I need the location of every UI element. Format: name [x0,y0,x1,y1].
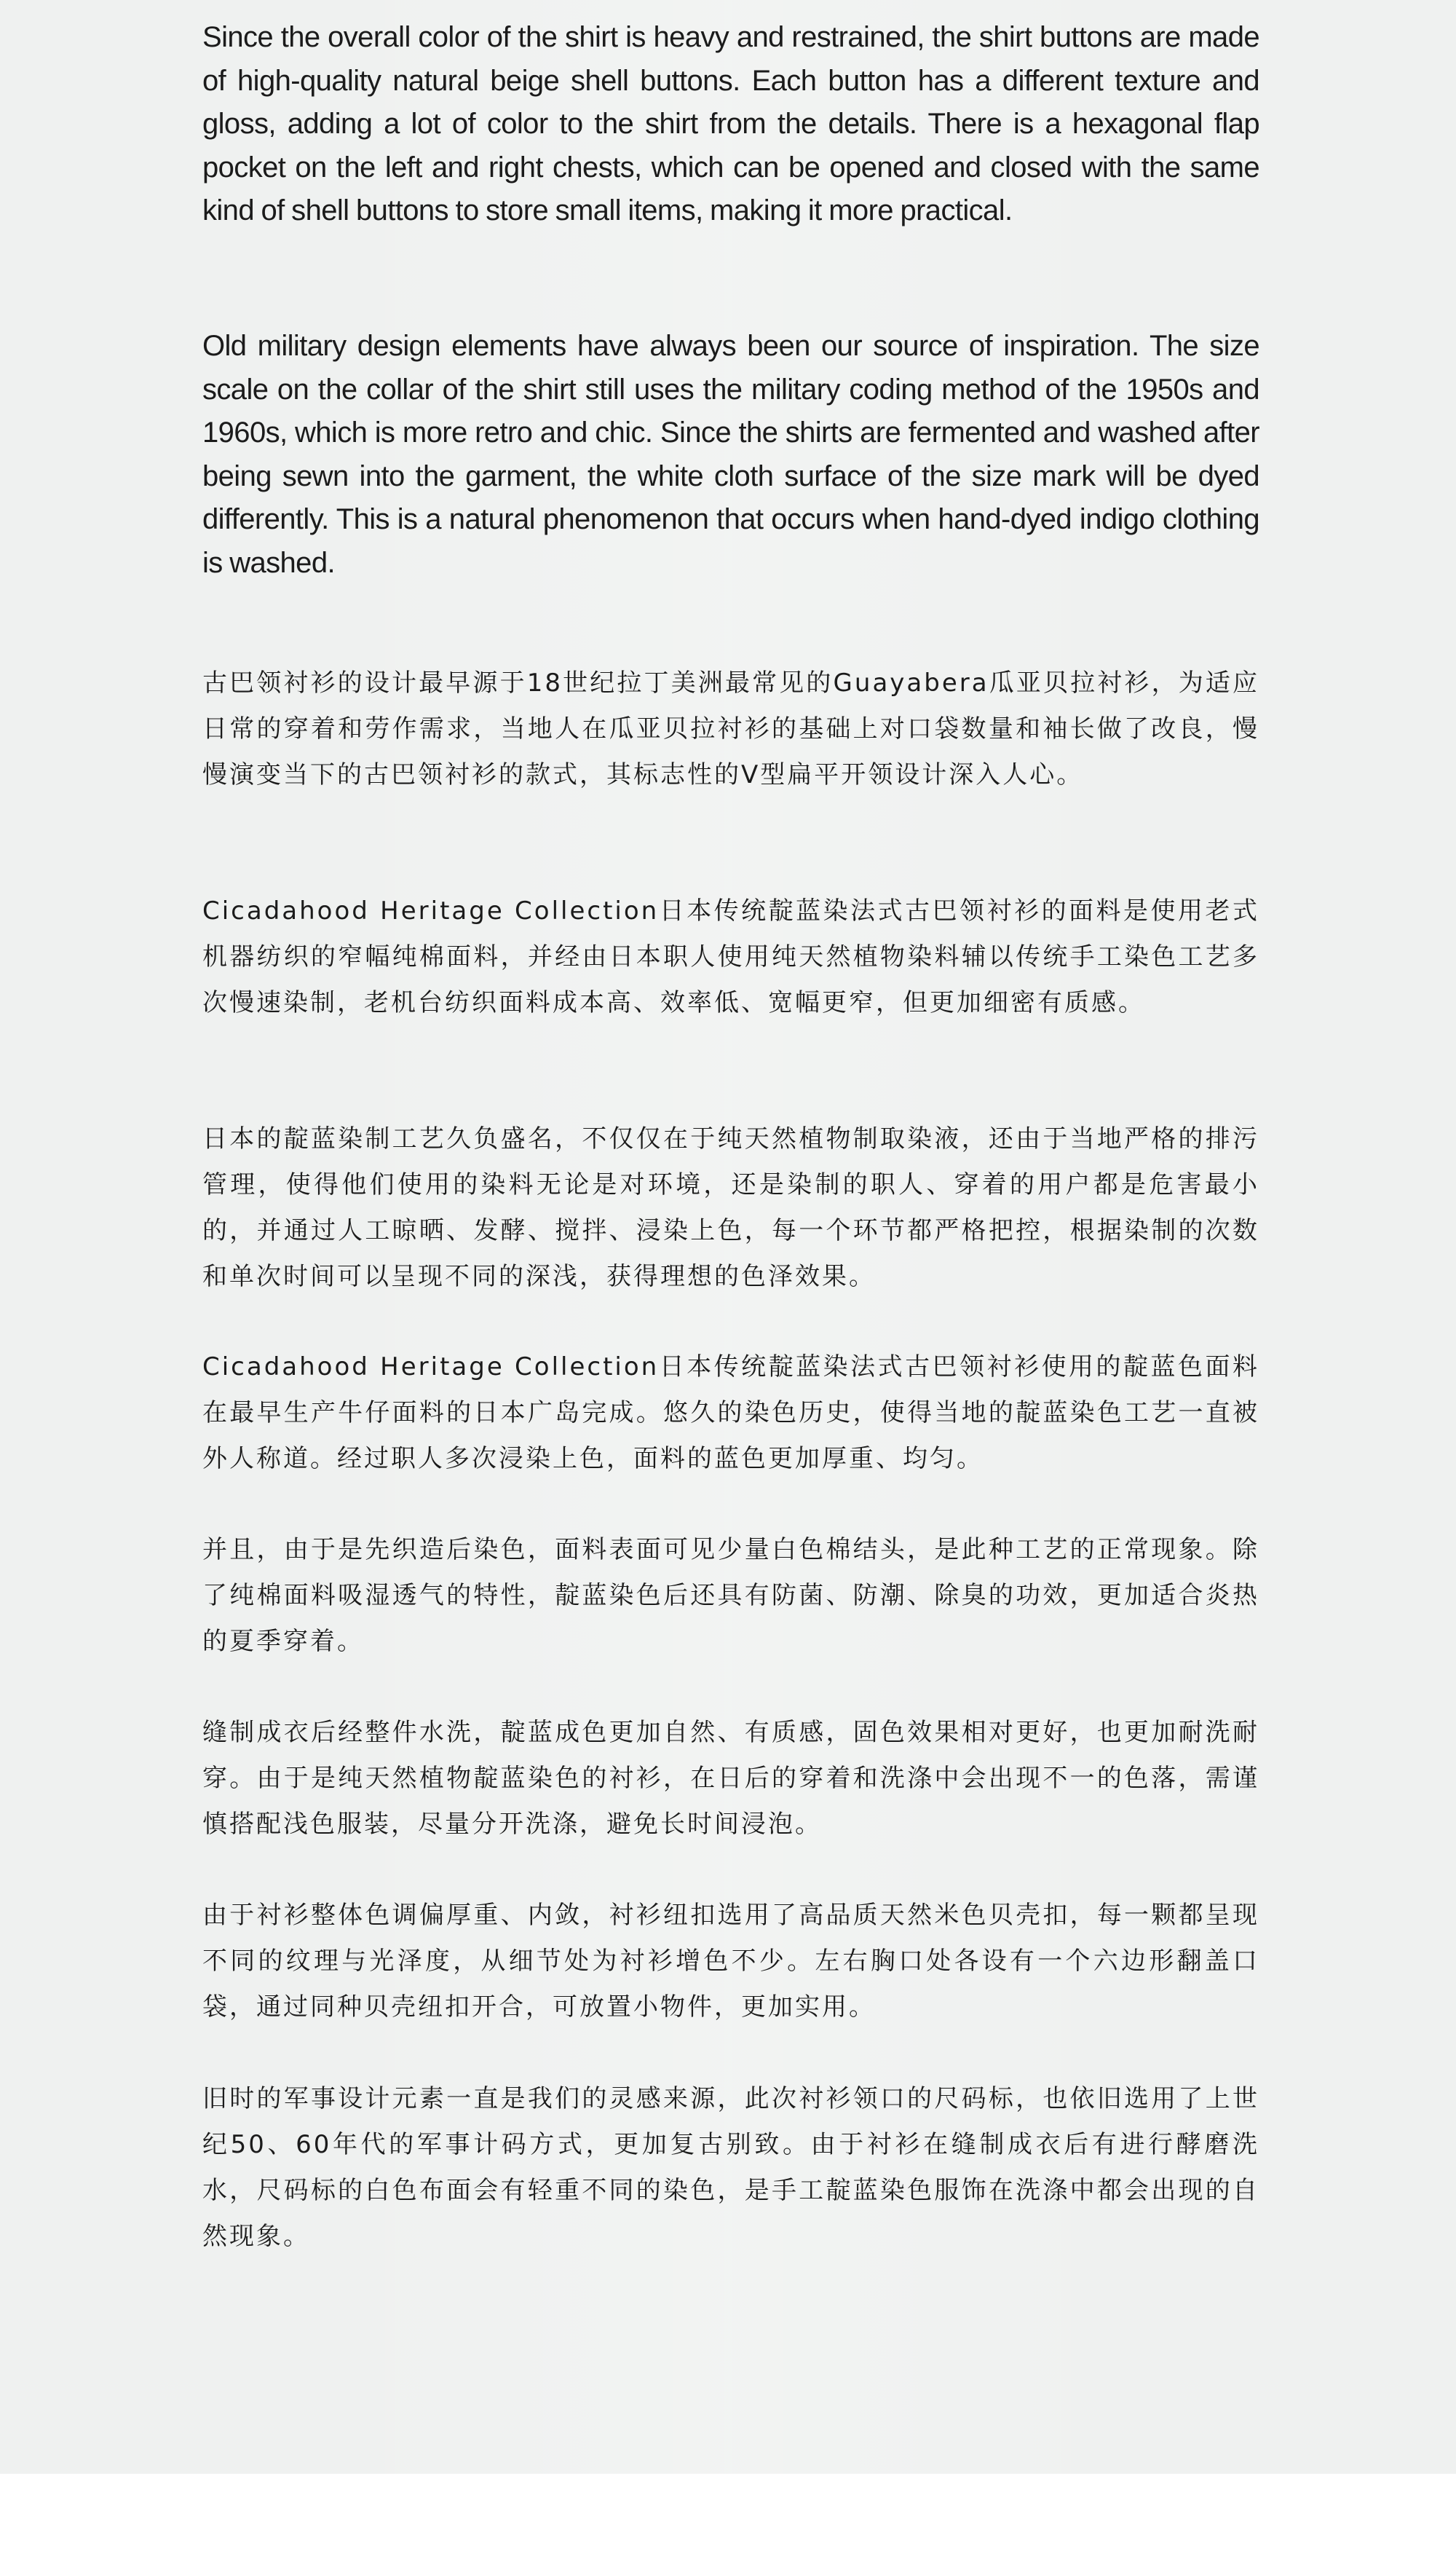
english-section: Since the overall color of the shirt is … [202,16,1259,233]
chinese-paragraph-washing: 缝制成衣后经整件水洗，靛蓝成色更加自然、有质感，固色效果相对更好，也更加耐洗耐穿… [202,1710,1259,1848]
chinese-paragraph-fabric: Cicadahood Heritage Collection日本传统靛蓝染法式古… [202,888,1259,1026]
chinese-paragraph-hiroshima: Cicadahood Heritage Collection日本传统靛蓝染法式古… [202,1344,1259,1482]
chinese-section: 古巴领衬衫的设计最早源于18世纪拉丁美洲最常见的Guayabera瓜亚贝拉衬衫，… [202,660,1259,798]
chinese-section-6: 缝制成衣后经整件水洗，靛蓝成色更加自然、有质感，固色效果相对更好，也更加耐洗耐穿… [202,1710,1259,1848]
chinese-section-4: Cicadahood Heritage Collection日本传统靛蓝染法式古… [202,1344,1259,1482]
chinese-paragraph-properties: 并且，由于是先织造后染色，面料表面可见少量白色棉结头，是此种工艺的正常现象。除了… [202,1527,1259,1665]
content-panel: Since the overall color of the shirt is … [0,0,1456,2474]
english-section-2: Old military design elements have always… [202,325,1259,585]
chinese-section-7: 由于衬衫整体色调偏厚重、内敛，衬衫纽扣选用了高品质天然米色贝壳扣，每一颗都呈现不… [202,1893,1259,2030]
english-paragraph-military-design: Old military design elements have always… [202,325,1259,585]
chinese-paragraph-origin: 古巴领衬衫的设计最早源于18世纪拉丁美洲最常见的Guayabera瓜亚贝拉衬衫，… [202,660,1259,798]
chinese-section-5: 并且，由于是先织造后染色，面料表面可见少量白色棉结头，是此种工艺的正常现象。除了… [202,1527,1259,1665]
chinese-paragraph-dye-craft: 日本的靛蓝染制工艺久负盛名，不仅仅在于纯天然植物制取染液，还由于当地严格的排污管… [202,1116,1259,1300]
chinese-section-8: 旧时的军事设计元素一直是我们的灵感来源，此次衬衫领口的尺码标，也依旧选用了上世纪… [202,2076,1259,2260]
chinese-section-2: Cicadahood Heritage Collection日本传统靛蓝染法式古… [202,888,1259,1026]
chinese-paragraph-size-label: 旧时的军事设计元素一直是我们的灵感来源，此次衬衫领口的尺码标，也依旧选用了上世纪… [202,2076,1259,2260]
english-paragraph-buttons: Since the overall color of the shirt is … [202,16,1259,233]
chinese-paragraph-buttons: 由于衬衫整体色调偏厚重、内敛，衬衫纽扣选用了高品质天然米色贝壳扣，每一颗都呈现不… [202,1893,1259,2030]
chinese-section-3: 日本的靛蓝染制工艺久负盛名，不仅仅在于纯天然植物制取染液，还由于当地严格的排污管… [202,1116,1259,1300]
